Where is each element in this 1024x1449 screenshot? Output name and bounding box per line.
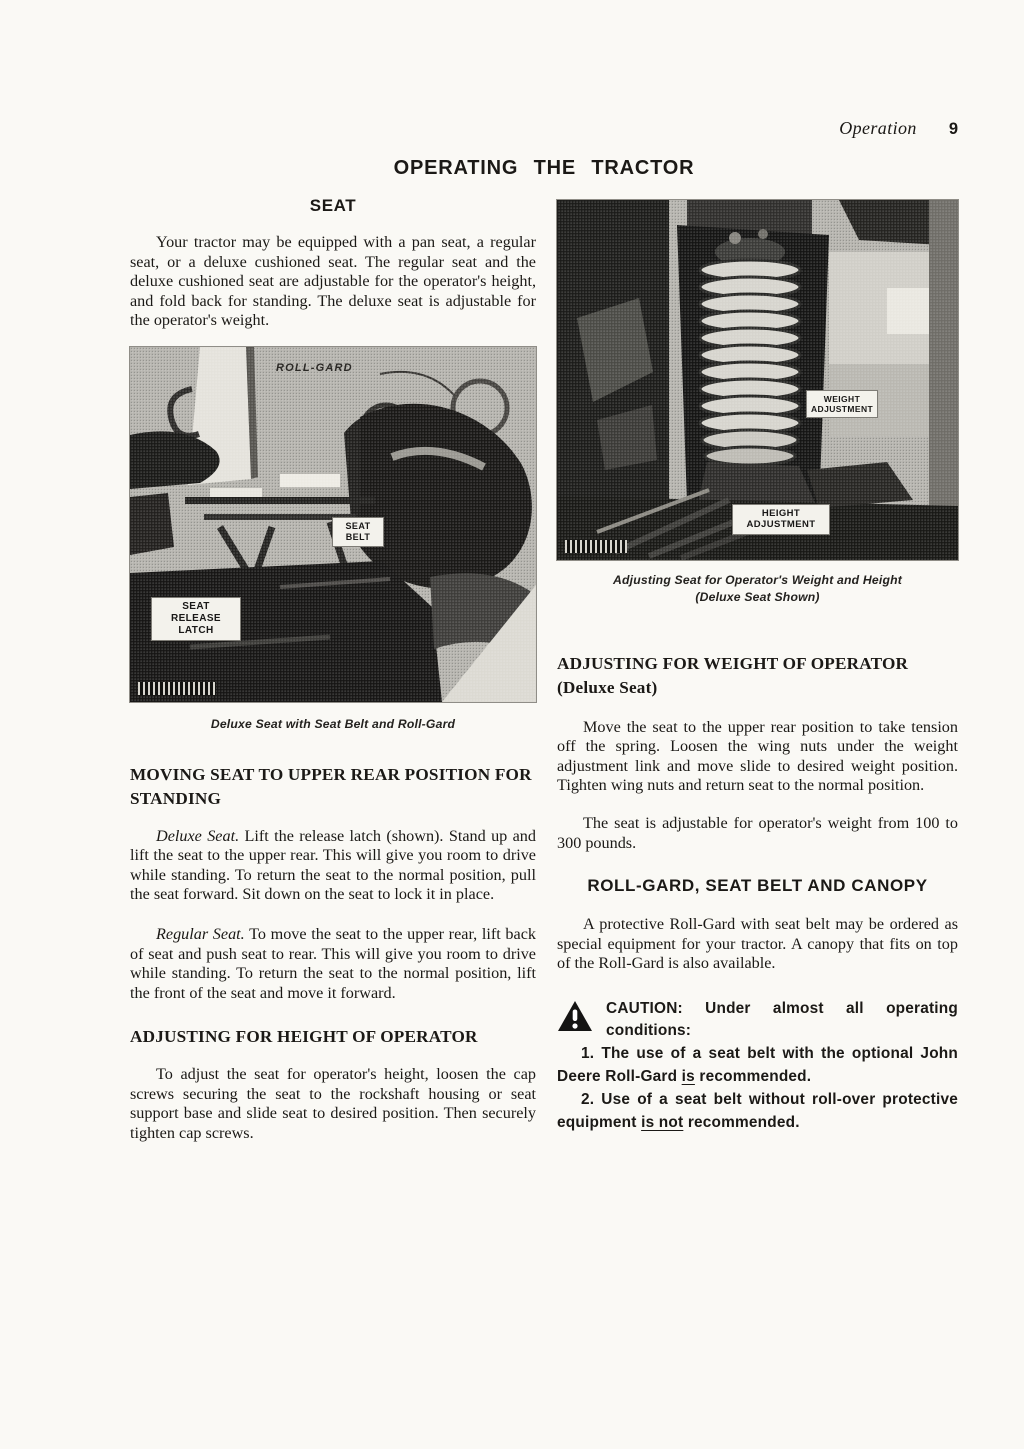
section-name: Operation [839, 118, 917, 138]
weight-adjust-heading-line2: (Deluxe Seat) [557, 676, 958, 700]
seat-paragraph: Your tractor may be equipped with a pan … [130, 233, 536, 331]
rollgard-paragraph: A protective Roll-Gard with seat belt ma… [557, 915, 958, 974]
weight-adjustment-photo-label: WEIGHT ADJUSTMENT [807, 391, 877, 417]
item2-text-end: recommended. [683, 1114, 799, 1131]
item1-underlined: is [682, 1068, 695, 1085]
item1-text-end: recommended. [695, 1068, 811, 1085]
height-adjust-paragraph: To adjust the seat for operator's height… [130, 1065, 536, 1143]
rollgard-heading: ROLL-GARD, SEAT BELT AND CANOPY [557, 875, 958, 897]
photo2-caption-line1: Adjusting Seat for Operator's Weight and… [557, 572, 958, 589]
item2-number: 2. [581, 1091, 594, 1108]
seat-release-latch-photo-label: SEAT RELEASE LATCH [152, 598, 240, 640]
moving-seat-heading: MOVING SEAT TO UPPER REAR POSITION FOR S… [130, 763, 536, 810]
caution-label: CAUTION: [606, 1000, 683, 1017]
height-adjust-heading: ADJUSTING FOR HEIGHT OF OPERATOR [130, 1025, 536, 1049]
weight-adjust-heading: ADJUSTING FOR WEIGHT OF OPERATOR (Deluxe… [557, 652, 958, 699]
page-title: OPERATING THE TRACTOR [130, 156, 958, 180]
caution-block: CAUTION: Under almost all operating cond… [557, 998, 958, 1042]
photo-seat-spring: WEIGHT ADJUSTMENT HEIGHT ADJUSTMENT [557, 200, 958, 560]
photo2-caption: Adjusting Seat for Operator's Weight and… [557, 572, 958, 606]
regular-seat-paragraph: Regular Seat. To move the seat to the up… [130, 925, 536, 1003]
rollgard-photo-label: ROLL-GARD [276, 363, 353, 374]
weight-adjust-paragraph: Move the seat to the upper rear position… [557, 718, 958, 796]
weight-adjust-heading-line1: ADJUSTING FOR WEIGHT OF OPERATOR [557, 652, 958, 676]
seat-heading: SEAT [130, 195, 536, 217]
running-header: Operation 9 [557, 119, 958, 139]
item1-number: 1. [581, 1045, 594, 1062]
caution-item-1: 1. The use of a seat belt with the optio… [557, 1042, 958, 1088]
page-number: 9 [949, 120, 958, 138]
photo-id-stamp [565, 540, 627, 553]
right-column: WEIGHT ADJUSTMENT HEIGHT ADJUSTMENT Adju… [557, 200, 958, 1134]
seat-belt-photo-label: SEAT BELT [333, 518, 383, 546]
weight-range-paragraph: The seat is adjustable for operator's we… [557, 814, 958, 853]
photo2-caption-line2: (Deluxe Seat Shown) [557, 589, 958, 606]
photo-deluxe-seat: ROLL-GARD SEAT BELT SEAT RELEASE LATCH [130, 347, 536, 702]
caution-text: CAUTION: Under almost all operating cond… [606, 998, 958, 1042]
left-column: SEAT Your tractor may be equipped with a… [130, 195, 536, 1143]
height-adjustment-photo-label: HEIGHT ADJUSTMENT [733, 505, 829, 534]
manual-page: Operation 9 OPERATING THE TRACTOR SEAT Y… [0, 0, 1024, 1449]
deluxe-seat-paragraph: Deluxe Seat. Lift the release latch (sho… [130, 827, 536, 905]
deluxe-seat-lead: Deluxe Seat. [156, 827, 239, 845]
item2-underlined: is not [641, 1114, 683, 1131]
warning-triangle-icon [557, 1000, 593, 1037]
caution-item-2: 2. Use of a seat belt without roll-over … [557, 1088, 958, 1134]
photo1-caption: Deluxe Seat with Seat Belt and Roll-Gard [130, 716, 536, 733]
regular-seat-lead: Regular Seat. [156, 925, 245, 943]
photo-id-stamp [138, 682, 216, 695]
